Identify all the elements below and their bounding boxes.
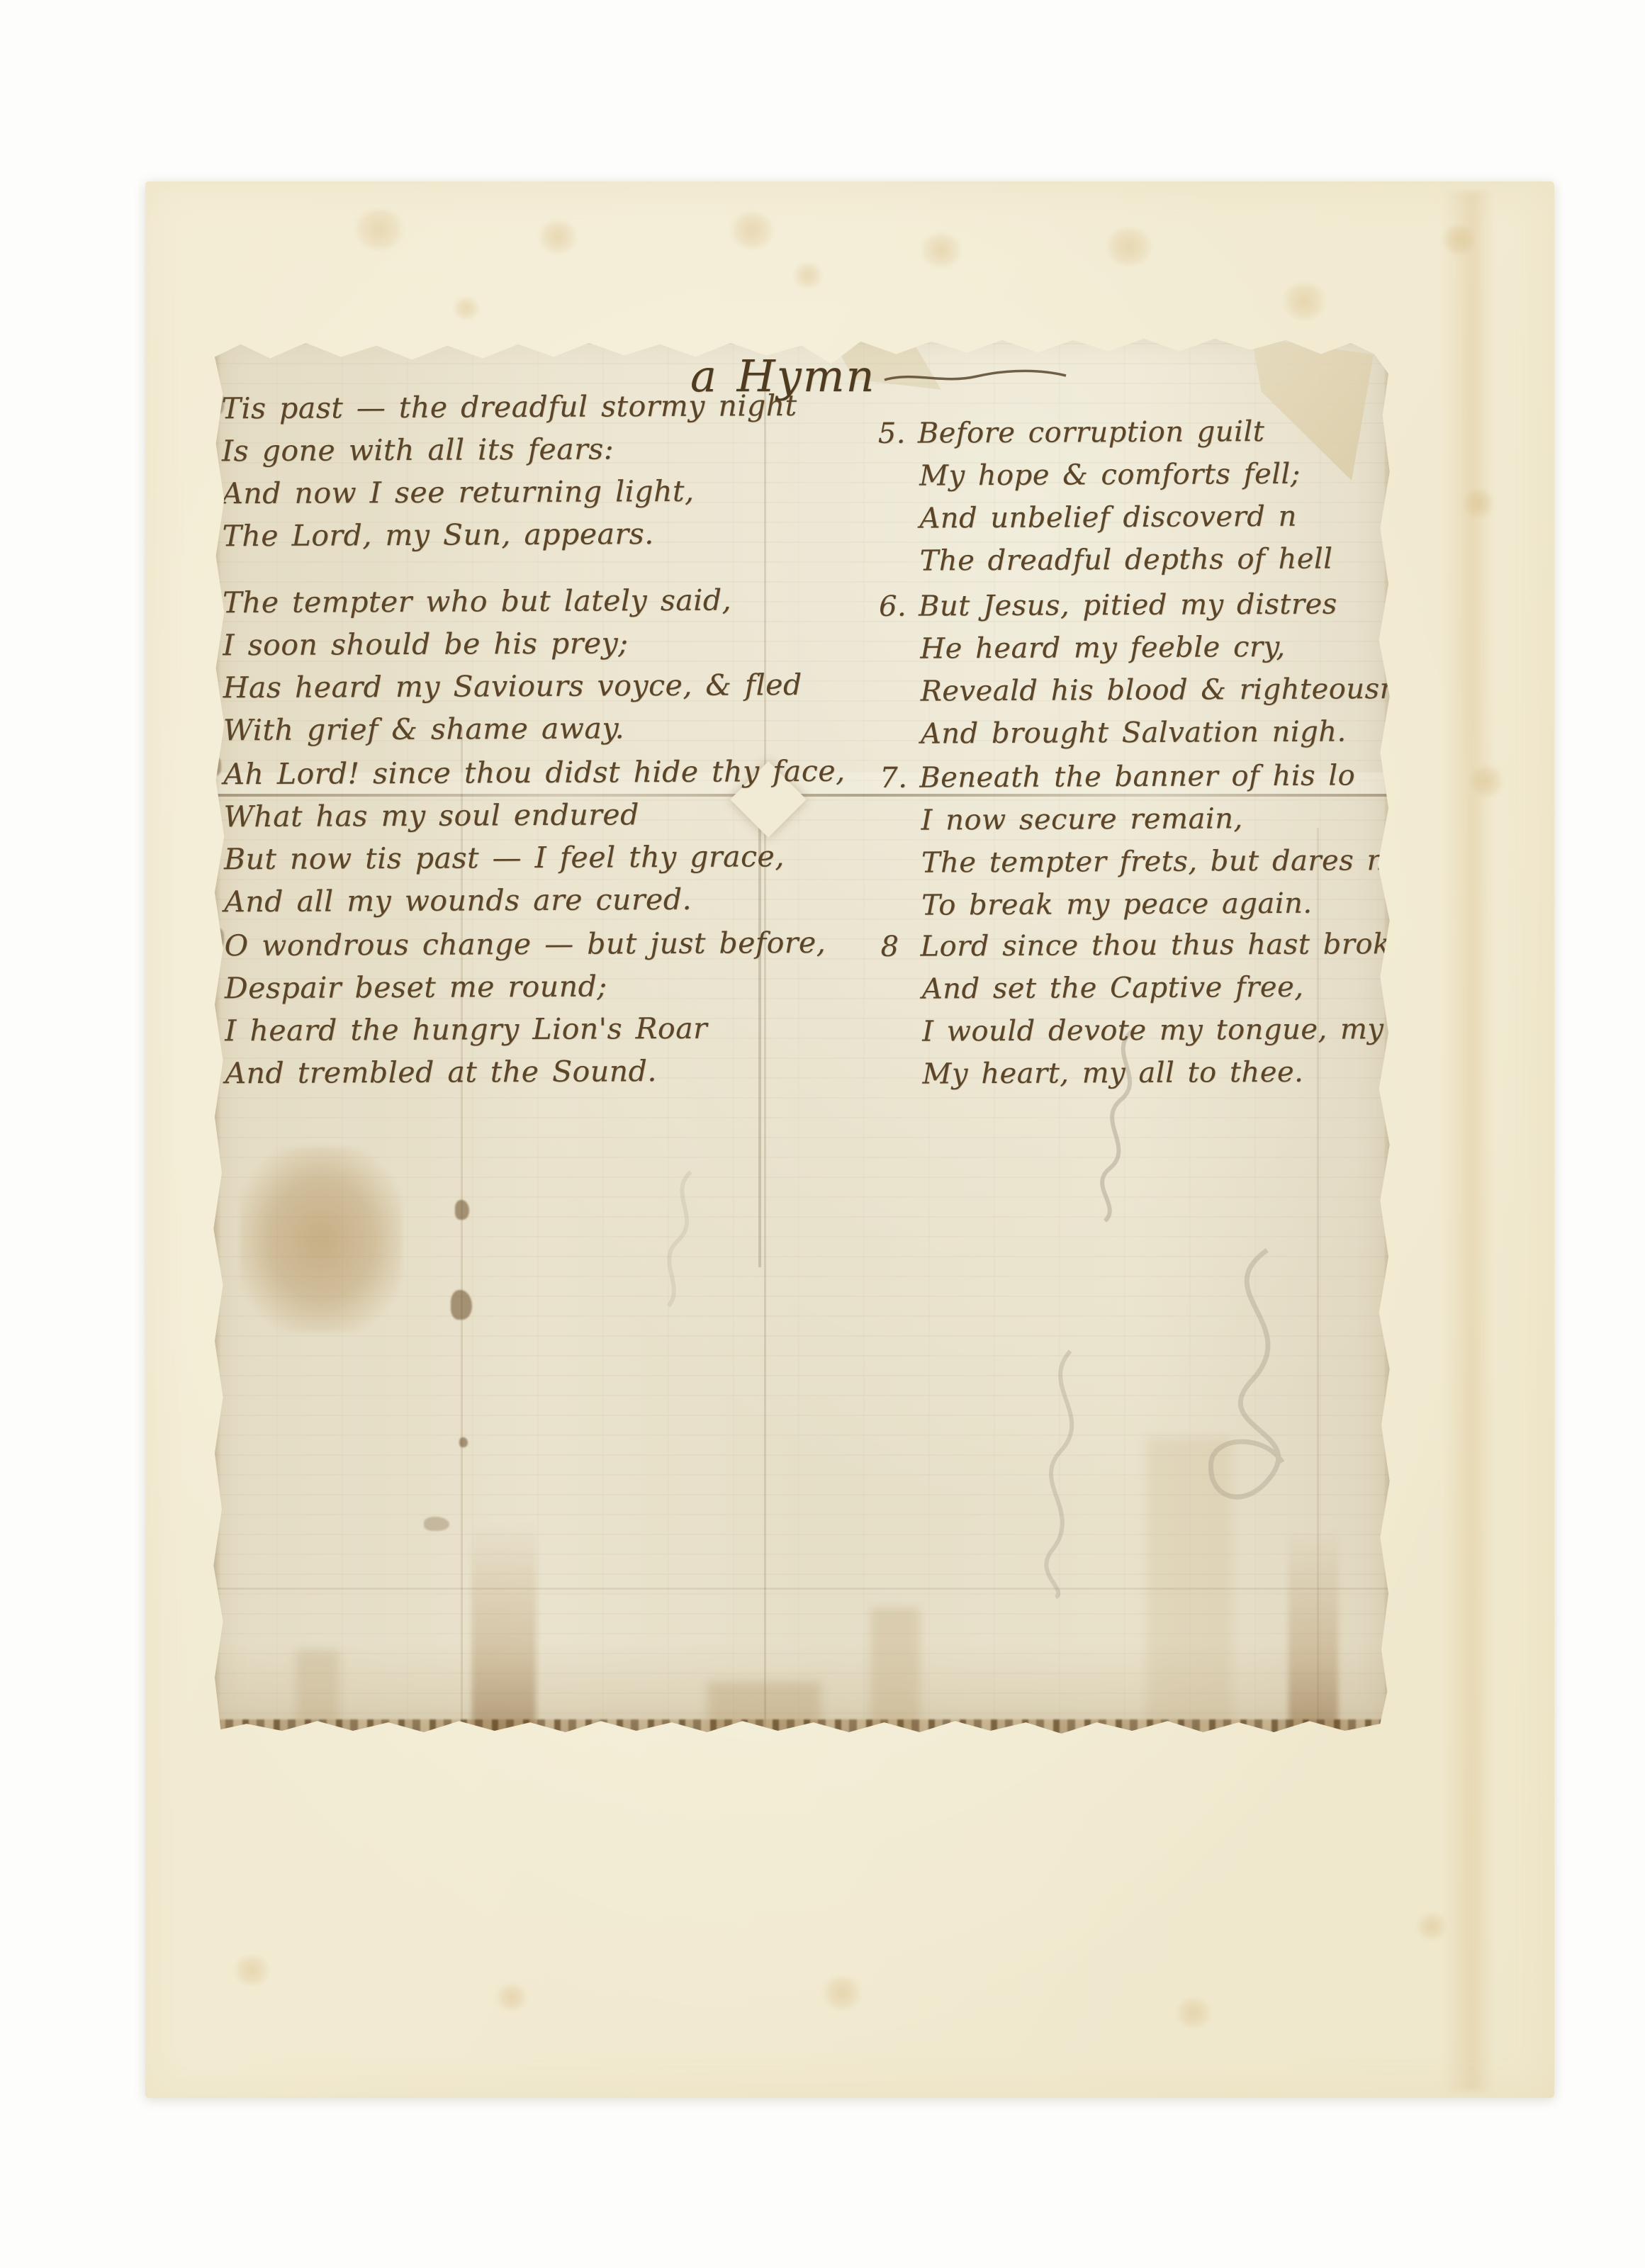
stanza-line: My hope & comforts fell; (878, 452, 1388, 498)
fold-tear-mark (455, 1200, 469, 1220)
ghost-writing (639, 1164, 719, 1314)
foxing-spot (1442, 225, 1475, 254)
stanza-line: The dreadful depths of hell (879, 537, 1389, 583)
stanza-line: 6.But Jesus, pitied my distres (879, 583, 1389, 628)
stanza-line: He heard my feeble cry, (879, 625, 1389, 670)
stanza-line: I now secure remain, (880, 797, 1390, 842)
foxing-spot (730, 213, 774, 248)
stanza-line: 5.Before corruption guilt (878, 410, 1388, 455)
stanza-line: Ah Lord! since thou didst hide thy face, (223, 750, 847, 796)
stanza-line: I soon should be his prey; (223, 621, 846, 667)
stanza-line: I would devote my tongue, my ha (881, 1008, 1391, 1053)
stanza-4: O wondrous change — but just before, Des… (224, 921, 848, 1095)
foxing-spot (1106, 228, 1152, 265)
stanza-line: 8Lord since thou thus hast broke (880, 923, 1391, 968)
stanza-line: 7.Beneath the banner of his lo (880, 754, 1390, 799)
stanza-number: 6. (879, 585, 910, 628)
stanza-line: The tempter frets, but dares no (880, 839, 1391, 885)
foxing-spot (921, 234, 961, 266)
mount-fold-shadow (1442, 191, 1493, 2091)
foxing-spot (354, 210, 404, 249)
stanza-line: Reveald his blood & righteousn (879, 668, 1389, 713)
fold-tear-mark (459, 1437, 468, 1447)
stanza-3: Ah Lord! since thou didst hide thy face,… (223, 750, 848, 924)
stanza-line: And unbelief discoverd n (878, 495, 1388, 540)
title-flourish (883, 367, 1067, 386)
stanza-line: And brought Salvation nigh. (880, 710, 1390, 756)
stanza-line: And now I see returning light, (222, 469, 846, 515)
stanza-line: I heard the hungry Lion's Roar (225, 1006, 848, 1052)
stanza-line: To break my peace again. (880, 882, 1391, 927)
stanza-5: 5.Before corruption guilt My hope & comf… (878, 410, 1389, 583)
stanza-2: The tempter who but lately said, I soon … (223, 578, 847, 752)
stanza-line: And all my wounds are cured. (224, 877, 848, 924)
foxing-spot (794, 264, 822, 288)
foxing-spot (1177, 1999, 1211, 2027)
stanza-line: And trembled at the Sound. (225, 1049, 848, 1095)
fold-tear-mark (424, 1517, 449, 1531)
stanza-line: But now tis past — I feel thy grace, (224, 835, 848, 881)
stanza-line: My heart, my all to thee. (881, 1050, 1391, 1096)
stanza-line: The Lord, my Sun, appears. (222, 512, 846, 558)
foxing-spot (1417, 1914, 1446, 1939)
stanza-line: Has heard my Saviours voyce, & fled (223, 663, 846, 709)
stanza-8: 8Lord since thou thus hast broke And set… (880, 923, 1391, 1096)
fold-tear-mark (451, 1290, 472, 1320)
manuscript-sheet: a Hymn Tis past — the dreadful stormy ni… (211, 332, 1392, 1734)
stanza-number: 5. (878, 412, 909, 455)
stanza-7: 7.Beneath the banner of his lo I now sec… (880, 754, 1391, 927)
photo-background: a Hymn Tis past — the dreadful stormy ni… (0, 0, 1645, 2268)
stanza-line: Despair beset me round; (225, 964, 848, 1010)
foxing-spot (1283, 283, 1325, 319)
foxing-spot (539, 221, 577, 252)
stanza-6: 6.But Jesus, pitied my distres He heard … (879, 583, 1390, 756)
stanza-line: What has my soul endured (223, 792, 847, 838)
stanza-line: Is gone with all its fears: (222, 427, 846, 473)
foxing-spot (822, 1977, 862, 2009)
stanza-line: O wondrous change — but just before, (224, 921, 848, 967)
stanza-line: Tis past — the dreadful stormy night (221, 384, 845, 430)
stanza-number: 8 (880, 926, 911, 968)
ghost-writing (1004, 1342, 1121, 1604)
stanza-line: And set the Captive free, (881, 965, 1391, 1011)
stanza-1: Tis past — the dreadful stormy night Is … (221, 384, 846, 558)
foxing-spot (496, 1984, 527, 2010)
stanza-number: 7. (880, 757, 911, 799)
foxing-spot (1464, 489, 1493, 517)
stanza-line: The tempter who but lately said, (223, 578, 846, 624)
foxing-spot (234, 1956, 269, 1984)
foxing-spot (454, 298, 479, 319)
stanza-line: With grief & shame away. (223, 706, 847, 752)
foxing-spot (1471, 765, 1503, 797)
ink-blot-stain (240, 1147, 403, 1332)
ghost-writing (1161, 1240, 1332, 1537)
